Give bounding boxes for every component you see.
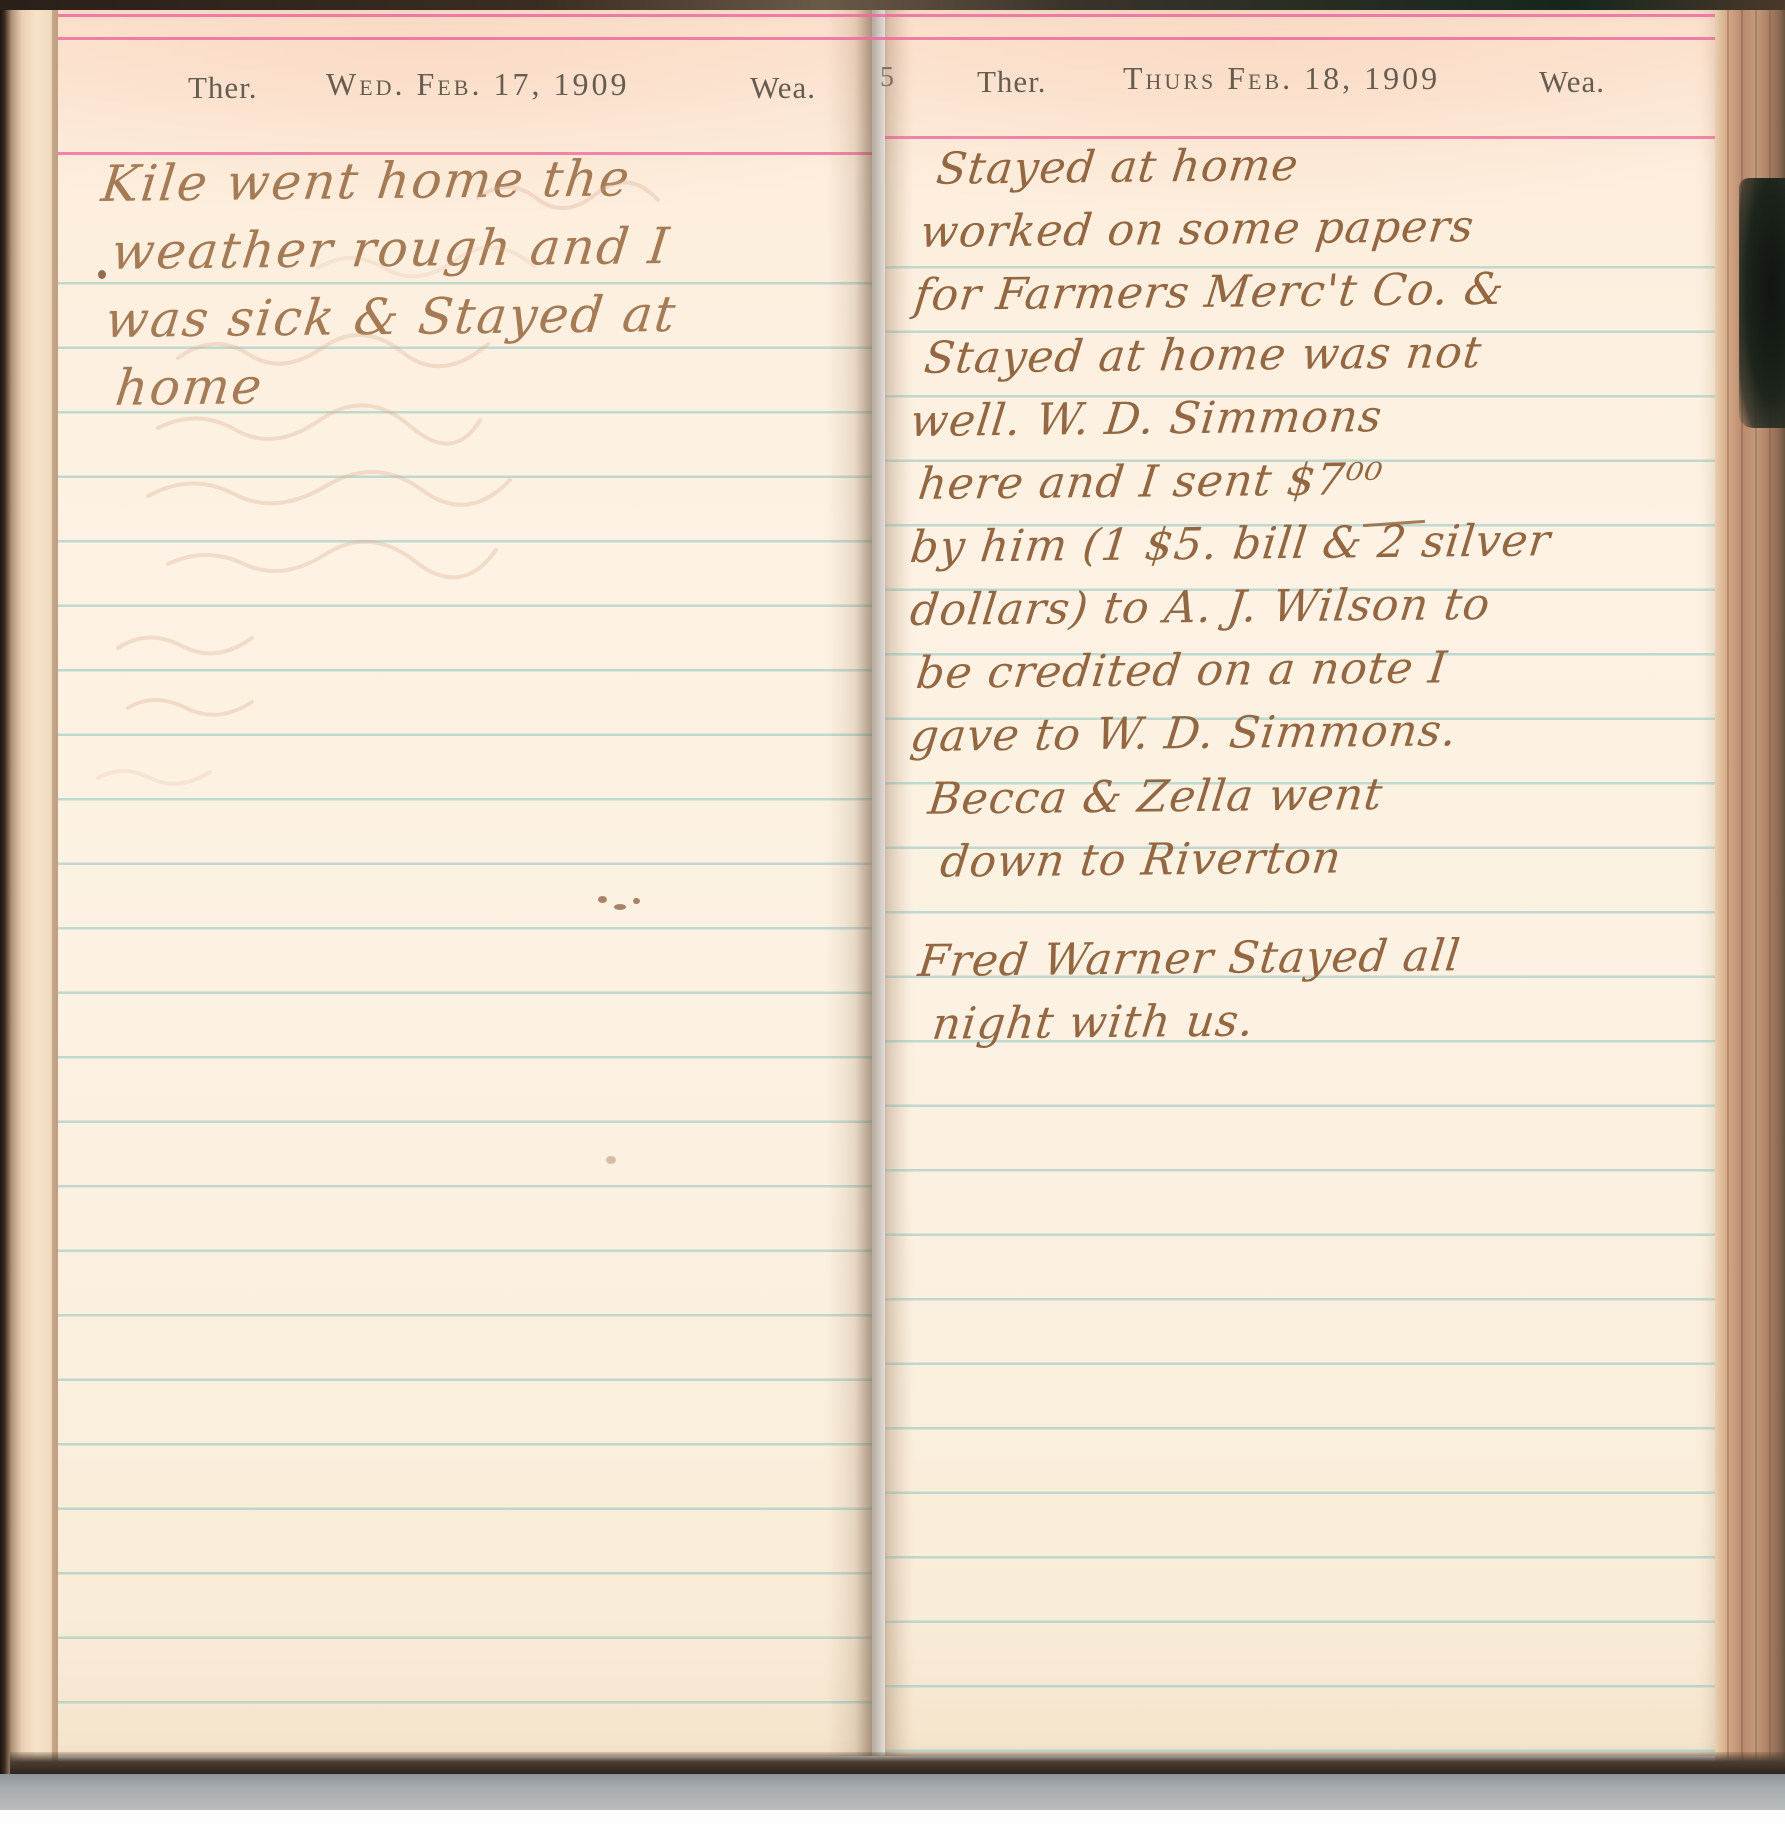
handwriting-line: was sick & Stayed at <box>98 280 681 354</box>
scanner-bottom-strip <box>0 1774 1785 1810</box>
handwriting-line: here and I sent $7⁰⁰ <box>907 446 1554 516</box>
ink-speck <box>633 898 640 904</box>
left-page: Ther. Wed. Feb. 17, 1909 Wea. Kile went … <box>58 8 872 1756</box>
handwriting-line: down to Riverton <box>907 824 1554 894</box>
handwriting-line: by him (1 $5. bill & 2 silver <box>907 509 1554 579</box>
handwriting-line: home <box>98 348 681 422</box>
book-bottom-edge <box>10 1752 1785 1774</box>
date-heading: Wed. Feb. 17, 1909 <box>326 66 629 103</box>
ink-speck <box>98 270 106 279</box>
handwriting-line: Becca & Zella went <box>907 761 1554 831</box>
diary-entry-2: Fred Warner Stayed all night with us. <box>915 930 1456 1056</box>
top-pink-rule-2 <box>55 37 1747 40</box>
scanner-background <box>0 1810 1785 1824</box>
top-pink-rule-1 <box>55 14 1747 17</box>
right-page: Ther. Thurs Feb. 18, 1909 Wea. Stayed at… <box>885 8 1715 1756</box>
handwriting-line: gave to W. D. Simmons. <box>907 698 1554 768</box>
handwriting-line: well. W. D. Simmons <box>907 383 1554 453</box>
handwriting-line: Kile went home the <box>98 144 681 218</box>
handwriting-line: worked on some papers <box>907 194 1554 264</box>
handwriting-line: be credited on a note I <box>907 635 1554 705</box>
diary-entry: Stayed at home worked on some papers for… <box>907 138 1546 894</box>
stain-spot <box>606 1156 616 1164</box>
handwriting-line: dollars) to A. J. Wilson to <box>907 572 1554 642</box>
handwriting-line: night with us. <box>915 987 1464 1056</box>
ther-label: Ther. <box>188 70 258 106</box>
handwriting-line: Stayed at home was not <box>907 320 1554 390</box>
book-top-edge <box>0 0 1785 10</box>
ink-speck <box>598 896 607 903</box>
handwriting-line: Stayed at home <box>907 131 1554 201</box>
handwriting-line: weather rough and I <box>98 212 681 286</box>
page-number: 5 <box>880 62 894 94</box>
ruled-lines <box>58 220 872 1752</box>
diary-entry: Kile went home the weather rough and I w… <box>98 150 672 422</box>
ink-speck <box>614 904 626 910</box>
wea-label: Wea. <box>1539 64 1605 100</box>
handwriting-line: Fred Warner Stayed all <box>915 924 1464 993</box>
wea-label: Wea. <box>750 70 816 106</box>
date-heading: Thurs Feb. 18, 1909 <box>1123 60 1440 97</box>
book-left-edge <box>0 0 58 1774</box>
ther-label: Ther. <box>977 64 1047 100</box>
handwriting-line: for Farmers Merc't Co. & <box>907 257 1554 327</box>
diary-scan: Ther. Wed. Feb. 17, 1909 Wea. Kile went … <box>0 0 1785 1824</box>
dark-stain <box>1739 178 1785 428</box>
